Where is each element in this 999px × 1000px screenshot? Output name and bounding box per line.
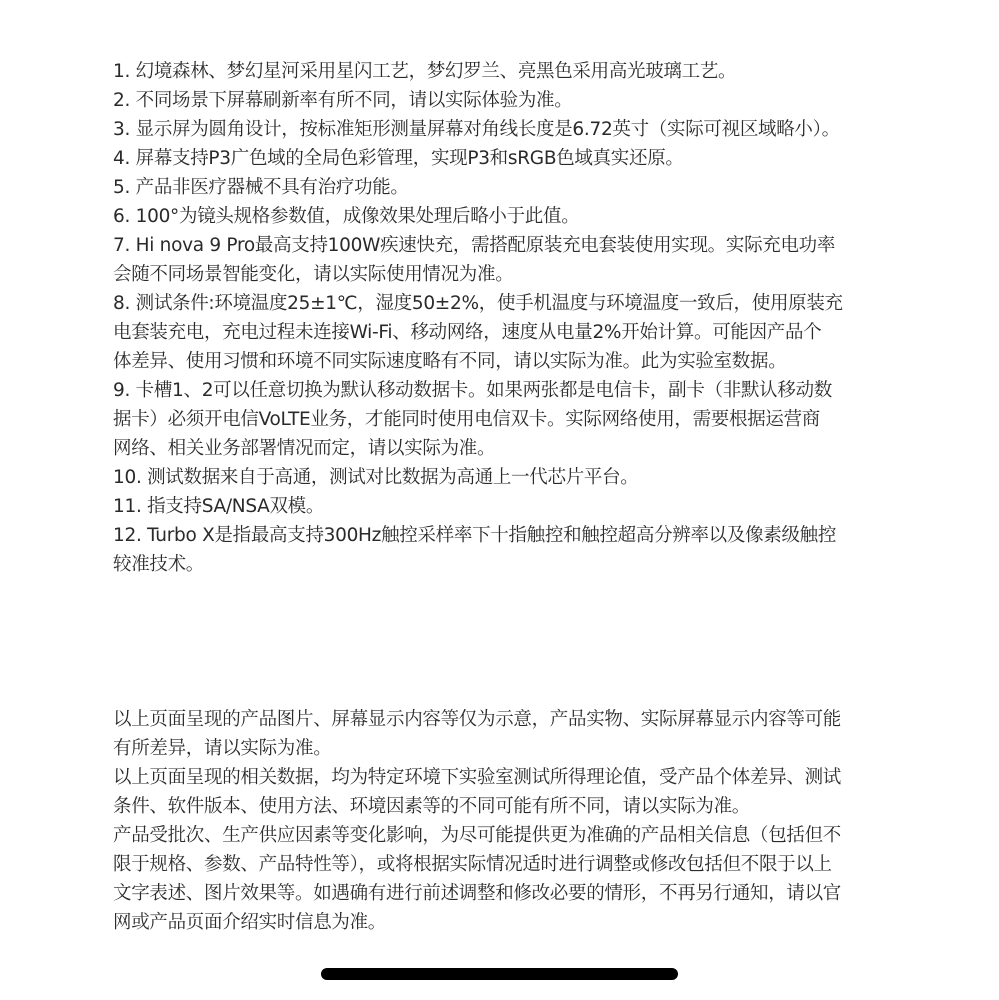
footnote-9-line-1: 9. 卡槽1、2可以任意切换为默认移动数据卡。如果两张都是电信卡，副卡（非默认移… [113,378,832,404]
footnote-4: 4. 屏幕支持P3广色域的全局色彩管理，实现P3和sRGB色域真实还原。 [113,146,684,172]
footnote-7-line-2: 会随不同场景智能变化，请以实际使用情况为准。 [113,262,513,288]
home-indicator-bar[interactable] [321,968,678,980]
disclaimer-3-line-1: 产品受批次、生产供应因素等变化影响，为尽可能提供更为准确的产品相关信息（包括但不 [113,823,841,849]
footnote-7-line-1: 7. Hi nova 9 Pro最高支持100W疾速快充，需搭配原装充电套装使用… [113,233,835,259]
disclaimer-3-line-2: 限于规格、参数、产品特性等），或将根据实际情况适时进行调整或修改包括但不限于以上 [113,852,832,878]
disclaimer-1-line-2: 有所差异，请以实际为准。 [113,736,331,762]
disclaimer-3-line-3: 文字表述、图片效果等。如遇确有进行前述调整和修改必要的情形，不再另行通知，请以官 [113,881,841,907]
footnote-9-line-2: 据卡）必须开电信VoLTE业务，才能同时使用电信双卡。实际网络使用，需要根据运营… [113,407,820,433]
disclaimer-1-line-1: 以上页面呈现的产品图片、屏幕显示内容等仅为示意，产品实物、实际屏幕显示内容等可能 [113,707,841,733]
footnote-12-line-1: 12. Turbo X是指最高支持300Hz触控采样率下十指触控和触控超高分辨率… [113,523,836,549]
disclaimer-2-line-1: 以上页面呈现的相关数据，均为特定环境下实验室测试所得理论值，受产品个体差异、测试 [113,765,841,791]
footnote-10: 10. 测试数据来自于高通，测试对比数据为高通上一代芯片平台。 [113,465,639,491]
disclaimer-2-line-2: 条件、软件版本、使用方法、环境因素等的不同可能有所不同，请以实际为准。 [113,794,750,820]
footnote-8-line-2: 电套装充电，充电过程未连接Wi-Fi、移动网络，速度从电量2%开始计算。可能因产… [113,320,821,346]
disclaimer-3-line-4: 网或产品页面介绍实时信息为准。 [113,910,386,936]
footnote-9-line-3: 网络、相关业务部署情况而定，请以实际为准。 [113,436,495,462]
footnote-1: 1. 幻境森林、梦幻星河采用星闪工艺，梦幻罗兰、亮黑色采用高光玻璃工艺。 [113,59,736,85]
document-page: 1. 幻境森林、梦幻星河采用星闪工艺，梦幻罗兰、亮黑色采用高光玻璃工艺。 2. … [0,0,999,1000]
footnote-6: 6. 100°为镜头规格参数值，成像效果处理后略小于此值。 [113,204,579,230]
footnote-8-line-3: 体差异、使用习惯和环境不同实际速度略有不同，请以实际为准。此为实验室数据。 [113,349,786,375]
footnote-3: 3. 显示屏为圆角设计，按标准矩形测量屏幕对角线长度是6.72英寸（实际可视区域… [113,117,840,143]
footnote-12-line-2: 较准技术。 [113,552,204,578]
footnote-8-line-1: 8. 测试条件:环境温度25±1℃，湿度50±2%，使手机温度与环境温度一致后，… [113,291,843,317]
footnote-5: 5. 产品非医疗器械不具有治疗功能。 [113,175,409,201]
footnote-11: 11. 指支持SA/NSA双模。 [113,494,324,520]
footnote-2: 2. 不同场景下屏幕刷新率有所不同，请以实际体验为准。 [113,88,572,114]
